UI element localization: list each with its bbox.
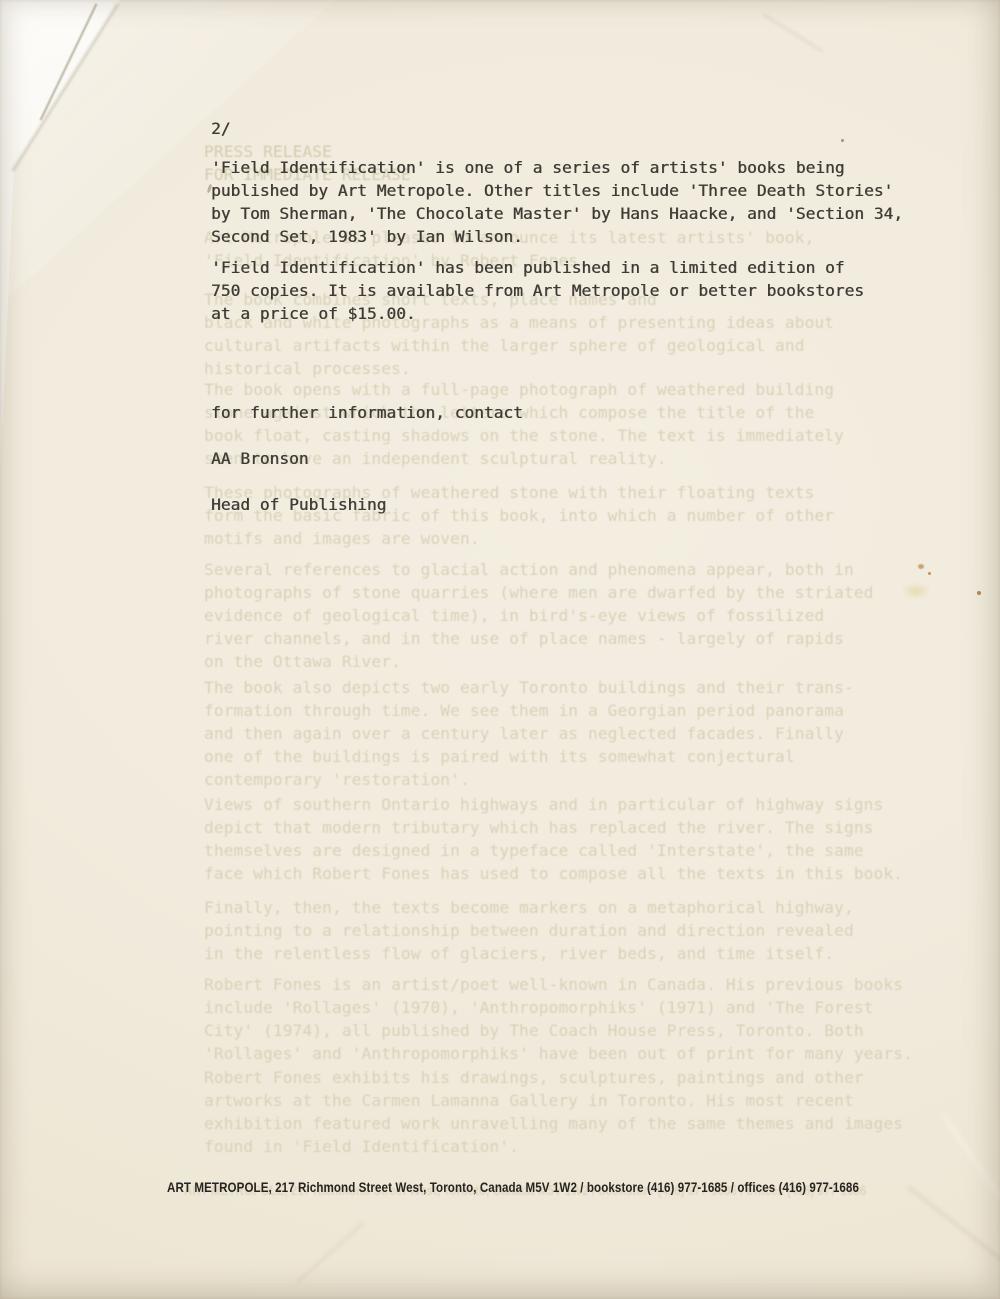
bleedthrough-paragraph: Several references to glacial action and… [204, 558, 874, 673]
paper-crease [763, 14, 823, 53]
rust-speck [928, 572, 931, 575]
scanned-press-release-page: PRESS RELEASE FOR IMMEDIATE RELEASE Art … [0, 0, 1000, 1299]
bleedthrough-paragraph: Finally, then, the texts become markers … [204, 896, 854, 965]
page-number: 2/ [211, 117, 231, 140]
bleedthrough-paragraph: The book also depicts two early Toronto … [204, 676, 854, 791]
rust-speck [918, 564, 924, 569]
body-paragraph: 'Field Identification' has been publishe… [211, 256, 864, 325]
rust-speck [977, 591, 981, 595]
contact-title: Head of Publishing [211, 493, 523, 516]
body-paragraph: 'Field Identification' is one of a serie… [211, 156, 903, 248]
contact-block: for further information, contact AA Bron… [211, 378, 523, 539]
paper-crease [296, 1222, 364, 1284]
folded-corner [0, 0, 130, 490]
scan-speck [841, 139, 844, 142]
contact-name: AA Bronson [211, 447, 523, 470]
bleedthrough-paragraph: Views of southern Ontario highways and i… [204, 793, 903, 885]
paper-stain [901, 582, 931, 600]
paper-crease [943, 1115, 1000, 1206]
bleedthrough-paragraph: Robert Fones is an artist/poet well-know… [204, 973, 913, 1065]
bleedthrough-paragraph: Robert Fones exhibits his drawings, scul… [204, 1066, 903, 1158]
contact-intro: for further information, contact [211, 401, 523, 424]
paper-crease [907, 1186, 1000, 1292]
letterhead-footer: ART METROPOLE, 217 Richmond Street West,… [167, 1180, 859, 1195]
